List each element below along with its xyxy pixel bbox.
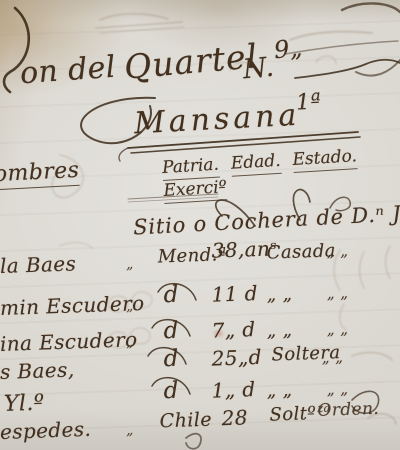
row-name: s Baes, xyxy=(0,359,75,382)
row-edad: 25„d xyxy=(211,347,262,369)
row-patria: Chile xyxy=(159,411,212,432)
ditto-mark: „ xyxy=(126,423,134,437)
row-patria: d xyxy=(163,284,179,308)
title-prefix: on del xyxy=(19,53,117,90)
subtitle-mansana: Mansana xyxy=(133,101,301,140)
row-name: la Baes xyxy=(0,253,77,276)
row-exercicio: „ „ xyxy=(321,350,343,366)
row-estado: „ „ xyxy=(266,322,292,341)
column-headers: Patria. Edad. Estado. Exerciº xyxy=(162,144,400,204)
row-name: min Escudero xyxy=(0,293,145,318)
ditto-mark: „ xyxy=(126,299,134,313)
row-estado: Soltº xyxy=(269,405,316,425)
row-patria: d xyxy=(163,320,179,344)
manuscript-page: on del Quartel N. 9„ Mansana 1ª ombres P… xyxy=(0,0,400,450)
row-edad: 1„ d xyxy=(211,379,256,401)
row-estado: „ „ xyxy=(266,286,292,305)
ditto-mark: „ xyxy=(126,257,134,271)
title-number-abbr: N. xyxy=(242,54,276,84)
row-exercicio: „ „ xyxy=(326,322,348,338)
header-nombres: ombres xyxy=(0,160,80,190)
row-patria: d xyxy=(163,380,179,404)
row-exercicio: „ „ xyxy=(326,286,348,302)
row-edad: 28 xyxy=(221,407,248,428)
title-number: 9„ xyxy=(273,36,303,62)
row-edad: 11 d xyxy=(211,283,258,305)
row-exercicio: Orden.za xyxy=(317,402,331,422)
row-exercicio-base: Orden. xyxy=(317,401,379,420)
row-name: espedes. xyxy=(0,419,91,442)
header-estado: Estado. xyxy=(292,146,358,173)
row-patria: d xyxy=(163,348,179,372)
row-exercicio: „ „ xyxy=(326,244,348,260)
row-estado: „ „ xyxy=(266,382,292,401)
row-edad: 7„ d xyxy=(211,319,256,341)
row-exercicio: „ „ xyxy=(326,382,348,398)
header-edad: Edad. xyxy=(230,151,281,177)
subtitle-ordinal: 1ª xyxy=(295,91,321,114)
title-word-quartel: Quartel xyxy=(123,39,259,84)
header-exercicio: Exerciº xyxy=(163,177,227,204)
